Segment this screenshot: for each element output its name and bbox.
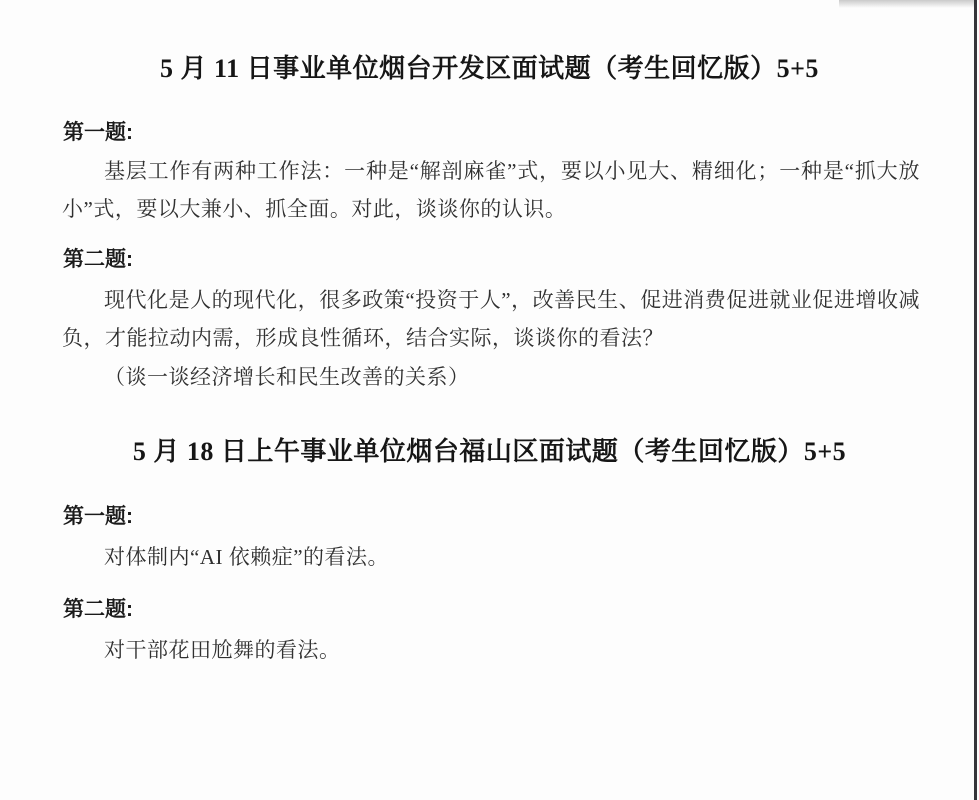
section-2-question-2-label: 第二题: [63, 595, 133, 625]
section-1-question-1-text: 基层工作有两种工作法：一种是“解剖麻雀”式，要以小见大、精细化；一种是“抓大放小… [62, 152, 920, 228]
scan-corner-shade [839, 0, 974, 8]
section-2-question-1-text: 对体制内“AI 依赖症”的看法。 [62, 538, 920, 576]
section-1-question-2-text: 现代化是人的现代化，很多政策“投资于人”，改善民生、促进消费促进就业促进增收减负… [62, 281, 920, 357]
section-2-title: 5 月 18 日上午事业单位烟台福山区面试题（考生回忆版）5+5 [0, 433, 979, 471]
section-1-title: 5 月 11 日事业单位烟台开发区面试题（考生回忆版）5+5 [0, 50, 979, 88]
section-2-question-1-label: 第一题: [63, 502, 133, 532]
section-1-question-2-label: 第二题: [63, 245, 133, 275]
section-1-question-1-label: 第一题: [63, 118, 133, 148]
scan-edge-line [974, 0, 977, 800]
section-2-question-2-text: 对干部花田尬舞的看法。 [62, 631, 920, 669]
document-page: 5 月 11 日事业单位烟台开发区面试题（考生回忆版）5+5 第一题: 基层工作… [0, 0, 979, 800]
section-1-question-2-note: （谈一谈经济增长和民生改善的关系） [62, 358, 920, 396]
